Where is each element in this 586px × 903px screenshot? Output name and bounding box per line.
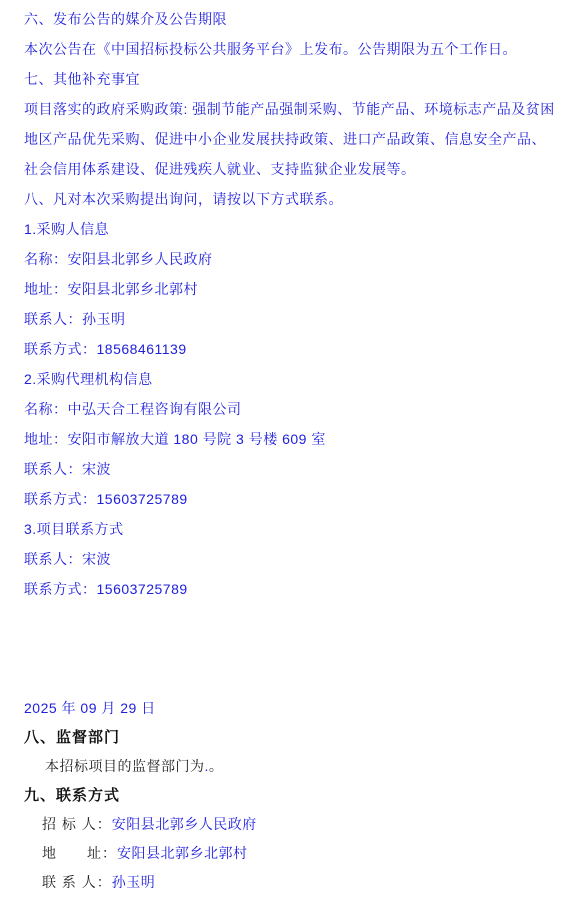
- purchaser-address: 地址：安阳县北郭乡北郭村: [24, 274, 560, 304]
- address-value: 安阳县北郭乡北郭村: [117, 845, 248, 861]
- supervision-heading: 八、监督部门: [24, 723, 560, 752]
- purchaser-info-block: 1.采购人信息 名称：安阳县北郭乡人民政府 地址：安阳县北郭乡北郭村 联系人：孙…: [24, 214, 560, 364]
- project-contact-person: 联系人：宋波: [24, 544, 560, 574]
- agency-heading: 2.采购代理机构信息: [24, 364, 560, 394]
- agency-contact: 联系人：宋波: [24, 454, 560, 484]
- contact-person-label: 联 系 人：: [42, 874, 112, 890]
- project-contact-block: 3.项目联系方式 联系人：宋波 联系方式：15603725789: [24, 514, 560, 604]
- contact-row-address: 地 址：安阳县北郭乡北郭村: [24, 839, 560, 868]
- purchaser-heading: 1.采购人信息: [24, 214, 560, 244]
- bottom-section: 2025 年 09 月 29 日 八、监督部门 本招标项目的监督部门为.。 九、…: [24, 694, 560, 897]
- procurement-announcement-document: 六、发布公告的媒介及公告期限 本次公告在《中国招标投标公共服务平台》上发布。公告…: [0, 0, 586, 903]
- contact-section-heading: 九、联系方式: [24, 781, 560, 810]
- contact-row-tenderee: 招 标 人：安阳县北郭乡人民政府: [24, 810, 560, 839]
- project-contact-heading: 3.项目联系方式: [24, 514, 560, 544]
- project-contact-phone: 联系方式：15603725789: [24, 574, 560, 604]
- announcement-section: 六、发布公告的媒介及公告期限 本次公告在《中国招标投标公共服务平台》上发布。公告…: [24, 4, 560, 604]
- agency-address: 地址：安阳市解放大道 180 号院 3 号楼 609 室: [24, 424, 560, 454]
- address-label: 地 址：: [42, 845, 117, 861]
- announcement-date: 2025 年 09 月 29 日: [24, 694, 560, 723]
- agency-info-block: 2.采购代理机构信息 名称：中弘天合工程咨询有限公司 地址：安阳市解放大道 18…: [24, 364, 560, 514]
- section6-heading: 六、发布公告的媒介及公告期限: [24, 4, 560, 34]
- agency-name: 名称：中弘天合工程咨询有限公司: [24, 394, 560, 424]
- tenderee-value: 安阳县北郭乡人民政府: [112, 816, 257, 832]
- purchaser-name: 名称：安阳县北郭乡人民政府: [24, 244, 560, 274]
- contact-row-person: 联 系 人：孙玉明: [24, 868, 560, 897]
- section7-body: 项目落实的政府采购政策: 强制节能产品强制采购、节能产品、环境标志产品及贫困地区…: [24, 94, 560, 184]
- purchaser-contact: 联系人：孙玉明: [24, 304, 560, 334]
- section7-heading: 七、其他补充事宜: [24, 64, 560, 94]
- tenderee-label: 招 标 人：: [42, 816, 112, 832]
- agency-phone: 联系方式：15603725789: [24, 484, 560, 514]
- contact-person-value: 孙玉明: [112, 874, 156, 890]
- supervision-body-period: 。: [209, 758, 224, 774]
- supervision-body: 本招标项目的监督部门为.。: [24, 752, 560, 781]
- purchaser-phone: 联系方式：18568461139: [24, 334, 560, 364]
- section6-body: 本次公告在《中国招标投标公共服务平台》上发布。公告期限为五个工作日。: [24, 34, 560, 64]
- section8-heading: 八、凡对本次采购提出询问，请按以下方式联系。: [24, 184, 560, 214]
- supervision-body-text: 本招标项目的监督部门为: [45, 758, 205, 774]
